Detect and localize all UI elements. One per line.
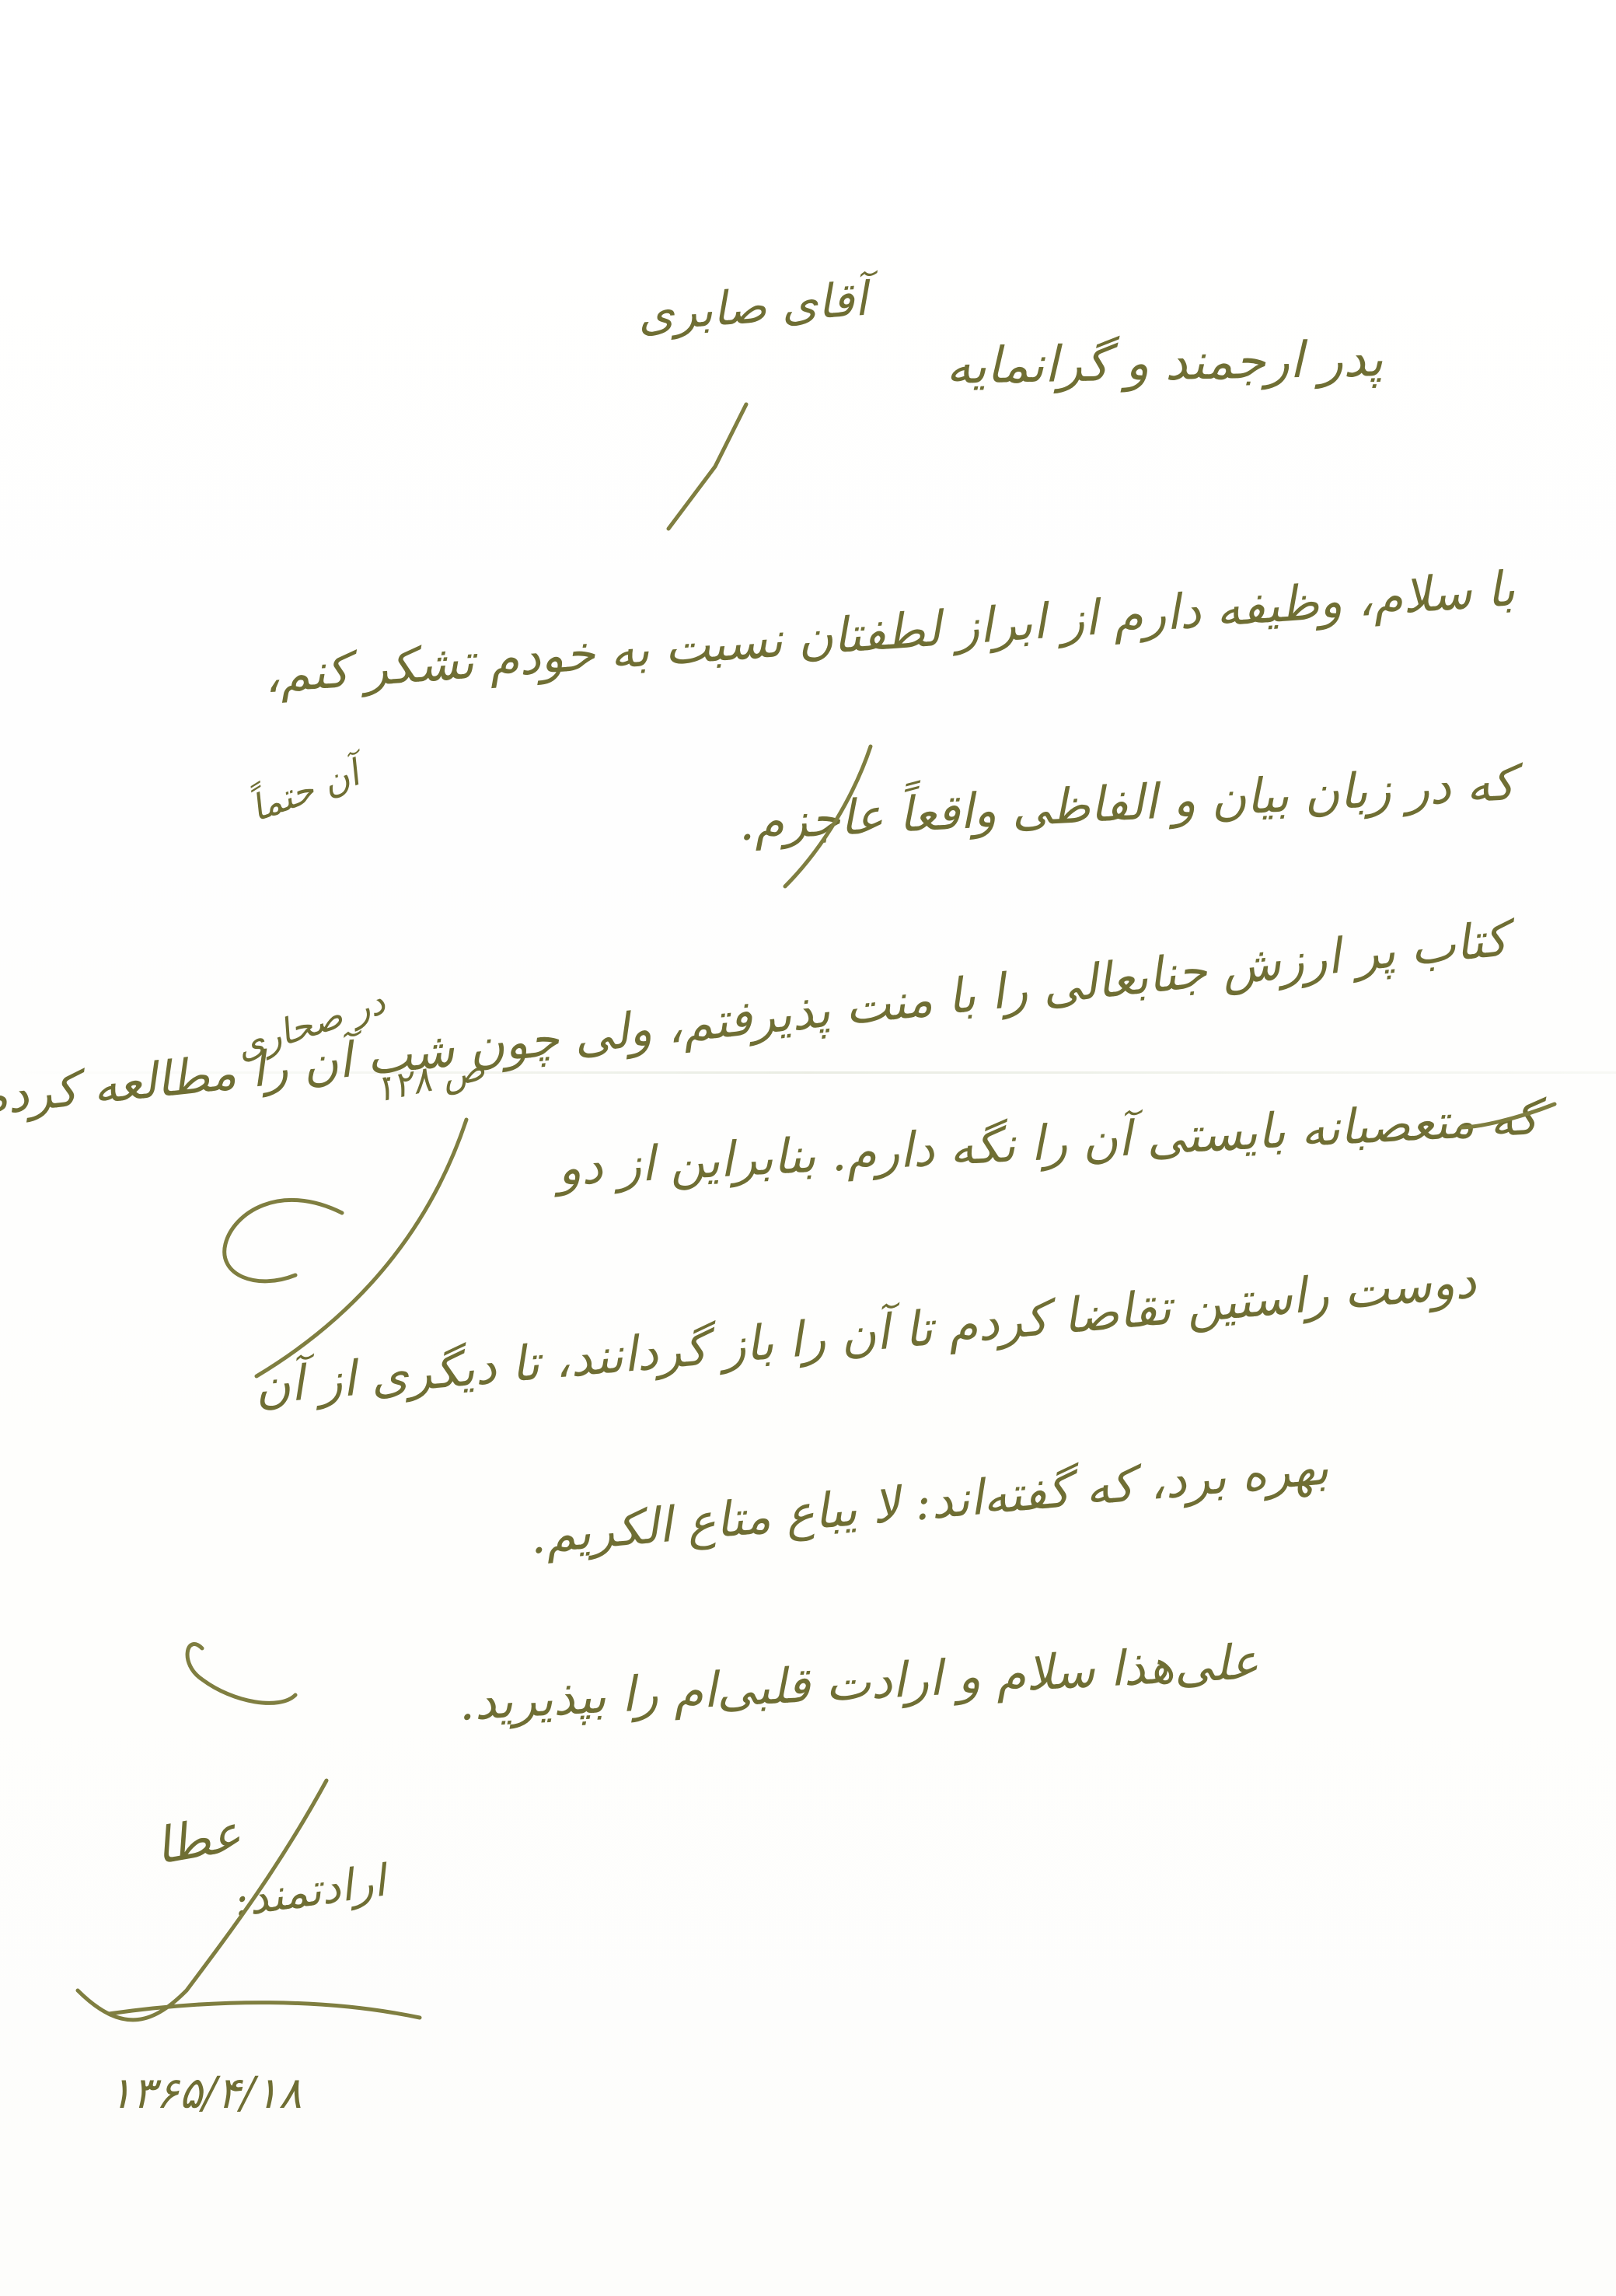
margin-note-1: آن حتماً (245, 752, 365, 830)
letter-date: ۱۳۶۵/۴/۱۸ (109, 2068, 302, 2119)
body-line-6: بهره برد، که گفته‌اند: لا یباع متاع الکر… (528, 1438, 1331, 1565)
salutation: پدر ارجمند و گرانمایه (945, 330, 1384, 396)
body-line-7: علی‌هذا سلام و ارادت قلبی‌ام را بپذیرید. (457, 1633, 1260, 1732)
body-line-2: که در زبان بیان و الفاظی واقعاً عاجزم. (738, 754, 1517, 851)
letter-page: آقای صابری پدر ارجمند و گرانمایه با سلام… (0, 0, 1616, 2296)
body-line-3: کتاب پر ارزش جنابعالی را با منت پذیرفتم،… (0, 910, 1510, 1127)
signature: عطا (151, 1805, 245, 1876)
body-line-4: که متعصبانه بایستی آن را نگه دارم. بنابر… (557, 1089, 1540, 1197)
body-line-1: با سلام، وظیفه دارم از ابراز لطفتان نسبت… (263, 560, 1517, 704)
addressee: آقای صابری (636, 272, 869, 342)
closing-label: ارادتمند: (230, 1856, 388, 1927)
body-line-5: دوست راستین تقاضا کردم تا آن را باز گردا… (253, 1252, 1478, 1415)
